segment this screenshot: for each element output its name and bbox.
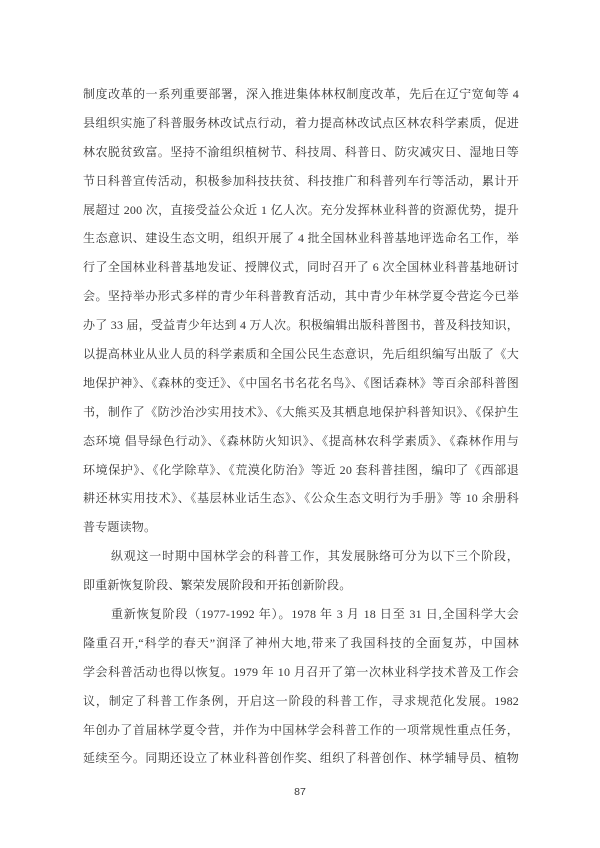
text-line: 以提高林业从业人员的科学素质和全国公民生态意识，先后组织编写出版了《大: [83, 340, 519, 369]
text-line: 会。坚持举办形式多样的青少年科普教育活动，其中青少年林学夏令营迄今已举: [83, 282, 519, 311]
text-line-paragraph-start: 纵观这一时期中国林学会的科普工作，其发展脉络可分为以下三个阶段，: [83, 542, 519, 571]
text-line: 议，制定了科普工作条例，开启这一阶段的科普工作，寻求规范化发展。1982: [83, 687, 519, 716]
text-line: 节日科普宣传活动，积极参加科技扶贫、科技推广和科普列车行等活动，累计开: [83, 167, 519, 196]
text-line: 展超过 200 次，直接受益公众近 1 亿人次。充分发挥林业科普的资源优势，提升: [83, 196, 519, 225]
text-line: 隆重召开,“科学的春天”润泽了神州大地,带来了我国科技的全面复苏，中国林: [83, 629, 519, 658]
text-line: 延续至今。同期还设立了林业科普创作奖、组织了科普创作、林学辅导员、植物: [83, 744, 519, 773]
text-line: 林农脱贫致富。坚持不渝组织植树节、科技周、科普日、防灾减灾日、湿地日等: [83, 138, 519, 167]
page-number: 87: [0, 786, 600, 798]
text-line: 耕还林实用技术》、《基层林业话生态》、《公众生态文明行为手册》等 10 余册科: [83, 484, 519, 513]
text-line: 年创办了首届林学夏令营，并作为中国林学会科普工作的一项常规性重点任务，: [83, 716, 519, 745]
text-line: 县组织实施了科普服务林改试点行动，着力提高林改试点区林农科学素质，促进: [83, 109, 519, 138]
text-line: 生态意识、建设生态文明，组织开展了 4 批全国林业科普基地评选命名工作，举: [83, 224, 519, 253]
text-line: 书，制作了《防沙治沙实用技术》、《大熊买及其栖息地保护科普知识》、《保护生: [83, 398, 519, 427]
text-line: 办了 33 届，受益青少年达到 4 万人次。积极编辑出版科普图书，普及科技知识，: [83, 311, 519, 340]
text-line: 环境保护》、《化学除草》、《荒漠化防治》等近 20 套科普挂图，编印了《西部退: [83, 456, 519, 485]
text-line: 即重新恢复阶段、繁荣发展阶段和开拓创新阶段。: [83, 571, 519, 600]
text-block: 制度改革的一系列重要部署，深入推进集体林权制度改革，先后在辽宁宽甸等 4 县组织…: [83, 80, 519, 773]
text-line-paragraph-start: 重新恢复阶段（1977-1992 年）。1978 年 3 月 18 日至 31 …: [83, 600, 519, 629]
document-page: 制度改革的一系列重要部署，深入推进集体林权制度改革，先后在辽宁宽甸等 4 县组织…: [0, 0, 600, 848]
text-line: 地保护神》、《森林的变迁》、《中国名书名花名鸟》、《图话森林》等百余部科普图: [83, 369, 519, 398]
text-line: 普专题读物。: [83, 513, 519, 542]
text-line: 制度改革的一系列重要部署，深入推进集体林权制度改革，先后在辽宁宽甸等 4: [83, 80, 519, 109]
text-line: 态环境 倡导绿色行动》、《森林防火知识》、《提高林农科学素质》、《森林作用与: [83, 427, 519, 456]
text-line: 学会科普活动也得以恢复。1979 年 10 月召开了第一次林业科学技术普及工作会: [83, 658, 519, 687]
text-line: 行了全国林业科普基地发证、授牌仪式，同时召开了 6 次全国林业科普基地研讨: [83, 253, 519, 282]
